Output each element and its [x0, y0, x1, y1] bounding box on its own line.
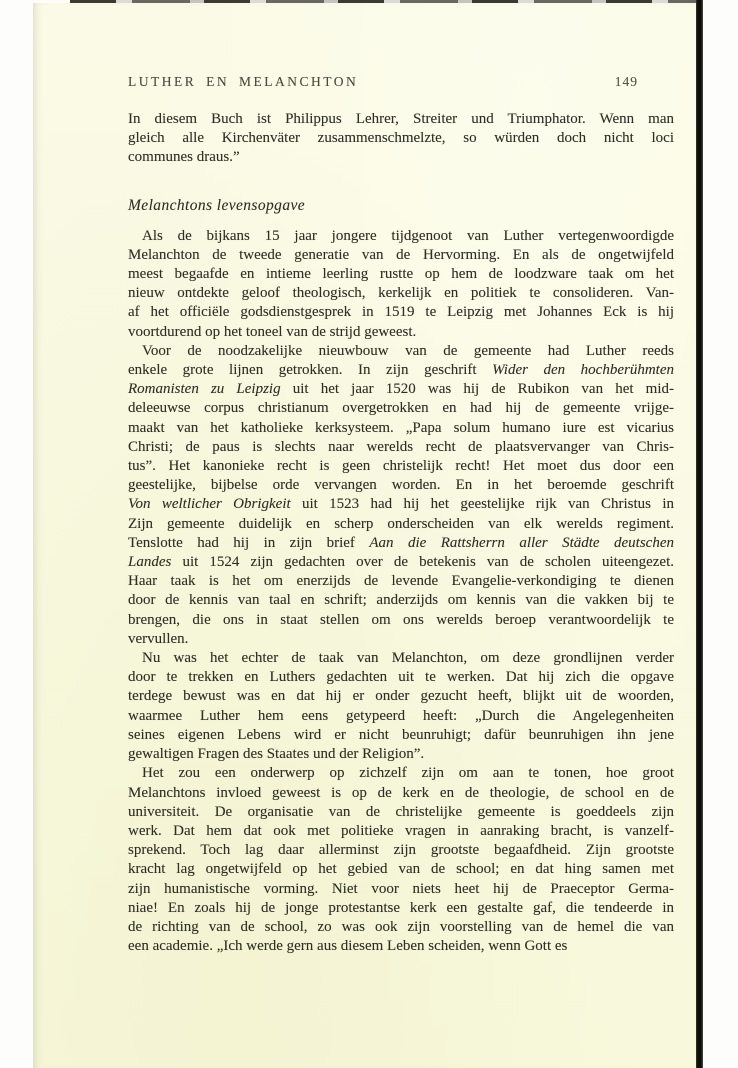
page-paper: LUTHER EN MELANCHTON 149 In diesem Buch … [33, 3, 698, 1068]
paragraph: Voor de noodzakelijke nieuwbouw van de g… [128, 342, 674, 649]
text-line: Zijn gemeente duidelijk en scherp onders… [128, 515, 674, 534]
italic-text: Von weltlicher Obrigkeit [128, 496, 291, 512]
text-line: seines eigenen Lebens wird er nicht beun… [128, 726, 674, 745]
paragraph: Het zou een onderwerp op zichzelf zijn o… [128, 764, 674, 956]
text-line: de richting van de school, zo was ook zi… [128, 918, 674, 937]
text-line: Nu was het echter de taak van Melanchton… [128, 649, 674, 668]
italic-text: Romanisten zu Leipzig [128, 381, 281, 397]
text-line: universiteit. De organisatie van de chri… [128, 803, 674, 822]
text-line: deleeuwse corpus christianum overgetrokk… [128, 399, 674, 418]
text-line: Von weltlicher Obrigkeit uit 1523 had hi… [128, 495, 674, 514]
italic-text: Aan die Rattsherrn aller Städte deutsche… [369, 535, 674, 551]
running-header: LUTHER EN MELANCHTON 149 [128, 74, 674, 90]
text-line: tus”. Het kanonieke recht is geen christ… [128, 457, 674, 476]
text-line: nieuw ontdekte geloof theologisch, kerke… [128, 284, 674, 303]
paragraph: In diesem Buch ist Philippus Lehrer, Str… [128, 110, 674, 168]
text-column: LUTHER EN MELANCHTON 149 In diesem Buch … [128, 3, 674, 956]
text-line: Haar taak is het om enerzijds de levende… [128, 572, 674, 591]
text-line: In diesem Buch ist Philippus Lehrer, Str… [128, 110, 674, 129]
text-line: voortdurend op het toneel van de strijd … [128, 323, 674, 342]
text-line: Romanisten zu Leipzig uit het jaar 1520 … [128, 380, 674, 399]
paragraph: Nu was het echter de taak van Melanchton… [128, 649, 674, 764]
text-line: Het zou een onderwerp op zichzelf zijn o… [128, 764, 674, 783]
section-heading: Melanchtons levensopgave [128, 196, 674, 216]
page-number: 149 [615, 74, 638, 90]
text-line: kracht lag ongetwijfeld op het gebied va… [128, 860, 674, 879]
text-line: Voor de noodzakelijke nieuwbouw van de g… [128, 342, 674, 361]
text-line: maakt van het katholieke kerksysteem. „P… [128, 419, 674, 438]
text-line: brengen, die ons in staat stellen om ons… [128, 611, 674, 630]
text-line: Melanchtons invloed geweest is op de ker… [128, 784, 674, 803]
text-line: waarmee Luther hem eens getypeerd heeft:… [128, 707, 674, 726]
text-line: Melanchton de tweede generatie van de He… [128, 246, 674, 265]
text-line: werk. Dat hem dat ook met politieke vrag… [128, 822, 674, 841]
text-line: niae! En zoals hij de jonge protestantse… [128, 899, 674, 918]
text-line: enkele grote lijnen getrokken. In zijn g… [128, 361, 674, 380]
text-line: een academie. „Ich werde gern aus diesem… [128, 937, 674, 956]
text-blocks: In diesem Buch ist Philippus Lehrer, Str… [128, 110, 674, 956]
text-line: sprekend. Toch lag daar allerminst zijn … [128, 841, 674, 860]
text-line: af het officiële godsdienstgesprek in 15… [128, 303, 674, 322]
text-line: zijn humanistische vorming. Niet voor ni… [128, 880, 674, 899]
running-header-title: LUTHER EN MELANCHTON [128, 74, 358, 90]
book-spine-edge-shadow [696, 0, 703, 1068]
text-line: door de kennis van taal en schrift; ande… [128, 591, 674, 610]
scanned-book-page: LUTHER EN MELANCHTON 149 In diesem Buch … [0, 0, 738, 1068]
paragraph: Als de bijkans 15 jaar jongere tijdgenoo… [128, 227, 674, 342]
text-line: Tenslotte had hij in zijn brief Aan die … [128, 534, 674, 553]
text-line: Als de bijkans 15 jaar jongere tijdgenoo… [128, 227, 674, 246]
text-line: terdege bewust was en dat hij er onder g… [128, 687, 674, 706]
text-line: Christi; de paus is slechts naar werelds… [128, 438, 674, 457]
scan-top-edge-artifact [70, 0, 698, 3]
text-line: communes draus.” [128, 148, 674, 167]
text-line: vervullen. [128, 630, 674, 649]
text-line: gewaltigen Fragen des Staates und der Re… [128, 745, 674, 764]
text-line: meest begaafde en intieme leerling rustt… [128, 265, 674, 284]
italic-text: Landes [128, 554, 171, 570]
text-line: gleich alle Kirchenväter zusammenschmelz… [128, 129, 674, 148]
italic-text: Wider den hochberühmten [492, 362, 674, 378]
text-line: geestelijke, bijbelse orde vervangen wor… [128, 476, 674, 495]
text-line: door te trekken en Luthers gedachten uit… [128, 668, 674, 687]
text-line: Landes uit 1524 zijn gedachten over de b… [128, 553, 674, 572]
